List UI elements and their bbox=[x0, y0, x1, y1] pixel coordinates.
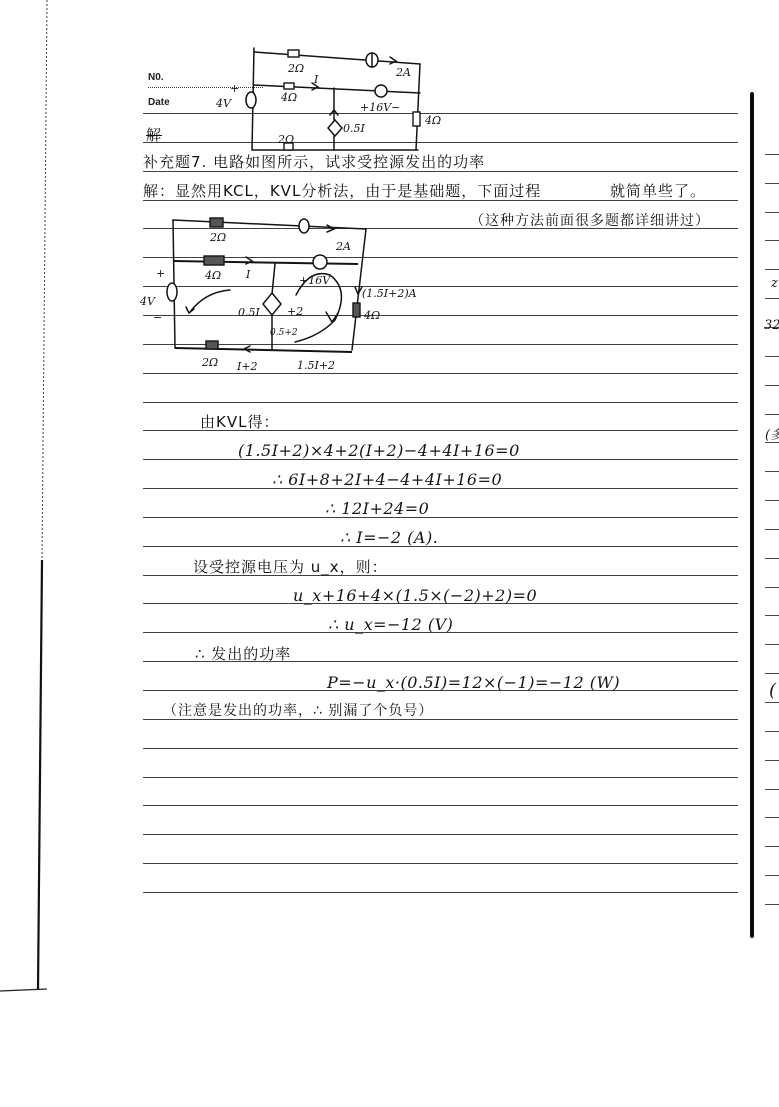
equation-3: ∴ 12I+24=0 bbox=[325, 500, 429, 518]
label-plus-left: + bbox=[156, 267, 165, 280]
label-current-i: I bbox=[313, 73, 319, 86]
problem-title: 补充题7. 电路如图所示，试求受控源发出的功率 bbox=[143, 153, 485, 171]
label-r-right: 4Ω bbox=[424, 114, 441, 127]
loop-arrow-left bbox=[190, 290, 230, 312]
circuit-original: 2Ω 2A 4Ω I +16V− 4Ω 4V + 0.5I 2Ω bbox=[215, 48, 441, 150]
voltage-source-icon bbox=[246, 92, 256, 108]
arrow-right-icon bbox=[327, 225, 334, 232]
label-below-source: 0.5+2 bbox=[270, 328, 298, 338]
label-node-current: +2 bbox=[287, 305, 303, 318]
voltage-source-icon bbox=[313, 255, 327, 269]
equation-6: ∴ u_x=−12 (V) bbox=[328, 616, 453, 634]
resistor-right bbox=[353, 303, 360, 317]
label-right-branch-current: (1.5I+2)A bbox=[362, 287, 417, 300]
dependent-source-icon bbox=[328, 120, 342, 136]
wire-bottom bbox=[175, 348, 352, 352]
solution-intro: 解：显然用KCL，KVL分析法，由于是基础题，下面过程 bbox=[143, 182, 541, 200]
label-r-bottom: 2Ω bbox=[201, 356, 218, 369]
note-line: （注意是发出的功率，∴ 别漏了个负号） bbox=[163, 702, 433, 720]
resistor-middle bbox=[204, 256, 224, 265]
power-heading: ∴ 发出的功率 bbox=[195, 645, 291, 663]
resistor-middle bbox=[284, 83, 294, 89]
controlled-voltage-line: 设受控源电压为 u_x，则： bbox=[193, 558, 388, 576]
solution-intro-tail: 就简单些了。 bbox=[610, 182, 706, 200]
kvl-heading: 由KVL得： bbox=[200, 413, 279, 431]
current-source-icon bbox=[299, 219, 309, 233]
label-voltage-left: 4V bbox=[215, 97, 232, 110]
label-r-right: 4Ω bbox=[363, 309, 380, 322]
label-dependent-source: 0.5I bbox=[238, 306, 260, 319]
label-dependent-source: 0.5I bbox=[343, 122, 365, 135]
wire-top bbox=[173, 220, 366, 229]
solution-aside: （这种方法前面很多题都详细讲过） bbox=[470, 212, 710, 230]
dependent-source-icon bbox=[263, 293, 281, 315]
next-page-fragment: z bbox=[771, 276, 778, 291]
resistor-bottom bbox=[206, 341, 218, 349]
wire-right bbox=[416, 64, 420, 150]
circuit-annotated: 2Ω 2A 4Ω I +16V + 4V − (1.5I+2)A 4Ω 0.5I… bbox=[139, 218, 417, 373]
resistor-top bbox=[288, 50, 299, 57]
resistor-right bbox=[413, 112, 420, 126]
label-bottom-current-left: I+2 bbox=[236, 360, 258, 373]
equation-7: P=−u_x·(0.5I)=12×(−1)=−12 (W) bbox=[327, 674, 620, 692]
label-minus-left: − bbox=[153, 311, 162, 324]
left-margin-line bbox=[42, 0, 47, 560]
label-r-top: 2Ω bbox=[209, 231, 226, 244]
notebook-page: N0. Date 2 bbox=[0, 0, 779, 1107]
label-r-middle: 4Ω bbox=[280, 91, 297, 104]
label-current-i: I bbox=[245, 268, 251, 281]
left-margin-tick bbox=[0, 989, 47, 991]
equation-1: (1.5I+2)×4+2(I+2)−4+4I+16=0 bbox=[238, 442, 520, 460]
label-plus-left: + bbox=[230, 82, 239, 95]
label-voltage-middle: +16V bbox=[299, 274, 331, 287]
arrowhead-icon bbox=[326, 312, 338, 322]
label-current-source: 2A bbox=[335, 240, 351, 253]
equation-2: ∴ 6I+8+2I+4−4+4I+16=0 bbox=[272, 471, 502, 489]
resistor-top bbox=[210, 218, 223, 227]
wire-middle bbox=[173, 261, 358, 264]
label-current-source: 2A bbox=[395, 66, 411, 79]
wire-middle bbox=[254, 85, 420, 93]
label-r-bottom: 2Ω bbox=[277, 133, 294, 146]
wire-vertical bbox=[272, 264, 275, 294]
voltage-source-icon bbox=[375, 85, 387, 97]
label-voltage-middle: +16V− bbox=[360, 101, 400, 114]
crossed-out-scribble: 解 bbox=[146, 126, 162, 144]
label-bottom-current-right: 1.5I+2 bbox=[297, 359, 335, 372]
next-page-fragment: ( bbox=[769, 680, 776, 701]
next-page-fragment: 32 bbox=[764, 318, 779, 333]
left-margin-line-solid bbox=[38, 560, 42, 990]
label-r-middle: 4Ω bbox=[204, 269, 221, 282]
label-r-top: 2Ω bbox=[287, 62, 304, 75]
label-voltage-left: 4V bbox=[139, 295, 156, 308]
equation-4: ∴ I=−2 (A). bbox=[340, 529, 438, 547]
voltage-source-icon bbox=[167, 283, 177, 301]
equation-5: u_x+16+4×(1.5×(−2)+2)=0 bbox=[293, 587, 537, 605]
next-page-fragment: (多 bbox=[765, 424, 779, 443]
